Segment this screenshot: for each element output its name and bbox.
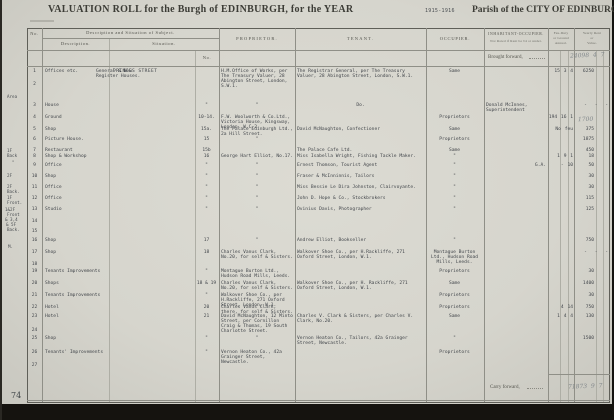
- cell-proprietor: H.M.Office of Works, per The Treasury Va…: [221, 69, 293, 89]
- cell-occupier: ": [427, 174, 482, 179]
- cell-no: 12: [28, 196, 41, 201]
- cell-occupier: Proprietors: [427, 305, 482, 310]
- page-title-year: 1915-1916: [425, 8, 455, 14]
- cell-occupier: ": [427, 336, 482, 341]
- margin-note: Back.: [7, 190, 20, 195]
- cell-no: 25: [28, 336, 41, 341]
- col-occupier: OCCUPIER.: [426, 36, 484, 41]
- cell-tenant: Andrew Elliot, Bookseller: [297, 238, 424, 243]
- cell-yearly-rent: 125: [572, 207, 594, 212]
- cell-yearly-rent: - - -: [574, 103, 608, 108]
- cell-description: Hotel: [45, 314, 107, 319]
- cell-occupier: Same: [427, 314, 482, 319]
- scan-edge-bottom: [0, 404, 614, 420]
- cell-occupier: Same: [427, 127, 482, 132]
- cell-no: 6: [28, 137, 41, 142]
- cell-no: 18: [28, 262, 41, 267]
- margin-note: Front.: [7, 201, 22, 206]
- cell-situation: 15a.: [196, 127, 217, 132]
- cell-situation: 18 & 19: [196, 281, 217, 286]
- cell-feu-duty: No feu: [546, 127, 573, 132]
- cell-occupier: ": [427, 163, 482, 168]
- cell-situation: ": [196, 163, 217, 168]
- cell-occupier: Same: [427, 148, 482, 153]
- cell-proprietor: ": [221, 163, 293, 168]
- cell-description: Office: [45, 185, 107, 190]
- cell-no: 3: [28, 103, 41, 108]
- cell-situation: ": [196, 207, 217, 212]
- col-feu-duty-3: Annual.: [548, 41, 574, 45]
- cell-situation: ": [196, 196, 217, 201]
- col-tenant: TENANT.: [295, 36, 426, 41]
- cell-description: Studio: [45, 207, 107, 212]
- print-code-smudge: [30, 20, 54, 22]
- cell-yearly-rent: 750: [572, 238, 594, 243]
- cell-situation: ": [196, 293, 217, 298]
- cell-no: 22: [28, 305, 41, 310]
- cell-no: 8: [28, 154, 41, 159]
- cell-no: 11: [28, 185, 41, 190]
- cell-yearly-rent: 130: [572, 314, 594, 319]
- cell-situation: ": [196, 174, 217, 179]
- leader-dots: [529, 54, 545, 59]
- col-description-situation: Description and Situation of Subject.: [42, 30, 219, 35]
- cell-description: Office: [45, 163, 107, 168]
- cell-yearly-rent: 30: [572, 293, 594, 298]
- cell-no: 2: [28, 82, 41, 87]
- cell-yearly-rent: 1875: [572, 137, 594, 142]
- brought-forward-label: Brought forward,: [488, 55, 523, 60]
- cell-occupier: ": [427, 238, 482, 243]
- margin-note: M.: [8, 245, 13, 250]
- col-yearly-rent-2: or: [574, 36, 610, 40]
- cell-proprietor: David McNaughton, 12 Minto Street, per C…: [221, 314, 293, 334]
- margin-note: ": [12, 161, 15, 166]
- cell-description: Tenants Improvements: [45, 293, 107, 298]
- cell-yearly-rent: 6250: [572, 69, 594, 74]
- cell-no: 24: [28, 328, 41, 333]
- cell-no: 4: [28, 115, 41, 120]
- cell-occupier: ": [427, 196, 482, 201]
- cell-yearly-rent: 750: [572, 305, 594, 310]
- cell-yearly-rent: 30: [572, 185, 594, 190]
- col-feu-duty-2: or Ground: [548, 36, 574, 40]
- cell-situation: 21: [196, 314, 217, 319]
- cell-tenant: John D. Hope & Co., Stockbrokers: [297, 196, 424, 201]
- cell-feu-duty: - 10: [546, 163, 573, 168]
- cell-situation: 18: [196, 250, 217, 255]
- col-yearly-rent-3: Value.: [574, 41, 610, 45]
- brought-forward-amount: 24098 4 7: [570, 51, 605, 59]
- cell-proprietor: Vernon Heaton Co., 42a Grainger Street, …: [221, 350, 293, 365]
- cell-yearly-rent: 30: [572, 174, 594, 179]
- table-frame: [27, 28, 610, 403]
- cell-proprietor: ": [221, 174, 293, 179]
- cell-proprietor: ": [221, 103, 293, 108]
- cell-occupier: Same: [427, 281, 482, 286]
- cell-occupier: Same: [427, 69, 482, 74]
- cell-occupier: Proprietors: [427, 115, 482, 120]
- cell-description: Restaurant: [45, 148, 107, 153]
- cell-description: Shop: [45, 127, 107, 132]
- cell-situation: ": [196, 185, 217, 190]
- cell-occupier: Montague Burton Ltd., Hudson Road Mills,…: [427, 250, 482, 265]
- cell-proprietor: ": [221, 185, 293, 190]
- cell-description: Tenants' Improvements: [45, 350, 107, 355]
- cell-proprietor: ": [221, 336, 293, 341]
- cell-tenant: Ernest Thomson, Tourist Agent: [297, 163, 424, 168]
- cell-street: PRINCES STREET: [113, 69, 157, 74]
- cell-situation: 10-14.: [196, 115, 217, 120]
- cell-yearly-rent: 30: [572, 269, 594, 274]
- cell-tenant: Walkover Shoe Co., per H.Rackliffe, 271 …: [297, 250, 424, 260]
- page-title-parish: Parish of the CITY OF EDINBURGH.: [472, 5, 614, 15]
- cell-no: 17: [28, 250, 41, 255]
- cell-no: 26: [28, 350, 41, 355]
- pencil-value: 1700: [578, 116, 594, 124]
- cell-occupier: Proprietors: [427, 350, 482, 355]
- carry-forward-label: Carry forward,: [490, 385, 520, 390]
- cell-situation: 20: [196, 305, 217, 310]
- cell-situation: ": [196, 269, 217, 274]
- cell-no: 16: [28, 238, 41, 243]
- cell-no: 23: [28, 314, 41, 319]
- cell-no: 13: [28, 207, 41, 212]
- cell-situation: 15: [196, 137, 217, 142]
- cell-occupier: Proprietors: [427, 137, 482, 142]
- cell-occupier: ": [427, 185, 482, 190]
- col-yearly-rent-1: Yearly Rent: [574, 31, 610, 35]
- cell-description: Shop: [45, 238, 107, 243]
- cell-tenant: Vernon Heaton Co., Tailors, 42a Grainger…: [297, 336, 424, 346]
- cell-description: Hotel: [45, 305, 107, 310]
- cell-inhabitant: G.A.: [486, 163, 546, 168]
- cell-yearly-rent: 18: [572, 154, 594, 159]
- cell-feu-duty: 1 4 4: [546, 314, 573, 319]
- col-feu-duty-1: Feu-Duty: [548, 31, 574, 35]
- cell-tenant: Fraser & McInninnis, Tailors: [297, 174, 424, 179]
- cell-tenant: Ovinius Davis, Photographer: [297, 207, 424, 212]
- cell-description: Picture House.: [45, 137, 107, 142]
- cell-tenant: Walkover Shoe Co., per H. Rackliffe, 271…: [297, 281, 424, 291]
- col-inhabitant-occupier: INHABITANT-OCCUPIER.: [484, 32, 548, 36]
- cell-yearly-rent: - - -: [574, 250, 608, 255]
- cell-proprietor: ": [221, 196, 293, 201]
- cell-proprietor: ": [221, 207, 293, 212]
- cell-situation: ": [196, 350, 217, 355]
- cell-occupier: Proprietors: [427, 293, 482, 298]
- cell-description: Shop & Workshop: [45, 154, 107, 159]
- cell-proprietor: George Hart Elliot, No.17.: [221, 154, 293, 159]
- cell-description: Shop: [45, 250, 107, 255]
- cell-no: 27: [28, 363, 41, 368]
- cell-no: 9: [28, 163, 41, 168]
- cell-situation: 17: [196, 238, 217, 243]
- cell-situation: 16: [196, 154, 217, 159]
- cell-description: Shop: [45, 336, 107, 341]
- paper: VALUATION ROLL for the Burgh of EDINBURG…: [2, 0, 612, 404]
- cell-situation: ": [196, 336, 217, 341]
- cell-no: 15: [28, 229, 41, 234]
- cell-no: 19: [28, 269, 41, 274]
- cell-proprietor: ": [221, 137, 293, 142]
- cell-feu-duty: 4 14: [546, 305, 573, 310]
- cell-situation: 15b: [196, 148, 217, 153]
- cell-no: 5: [28, 127, 41, 132]
- cell-occupier: ": [427, 154, 482, 159]
- cell-proprietor: Charles Vanus Clark, No.20, for self & S…: [221, 250, 293, 260]
- carry-forward-amount: 71873 9 7: [568, 382, 603, 390]
- cell-feu-duty: 1 9 1: [546, 154, 573, 159]
- margin-note: Back: [7, 154, 17, 159]
- cell-description: Tenants Improvements: [45, 269, 107, 274]
- margin-note: 2F: [7, 174, 12, 179]
- cell-description: Shop: [45, 174, 107, 179]
- cell-proprietor: The Palace Edinburgh Ltd., 2a Hill Stree…: [221, 127, 293, 137]
- cell-description: Ground: [45, 115, 107, 120]
- page-title: VALUATION ROLL for the Burgh of EDINBURG…: [48, 4, 353, 15]
- cell-tenant: Miss Isabella Wright, Fishing Tackle Mak…: [297, 154, 424, 159]
- cell-feu-duty: 194 16 1: [546, 115, 573, 120]
- cell-yearly-rent: 375: [572, 127, 594, 132]
- cell-tenant: The Palace Cafe Ltd.: [297, 148, 424, 153]
- cell-no: 21: [28, 293, 41, 298]
- cell-tenant: Do.: [297, 103, 424, 108]
- cell-no: 7: [28, 148, 41, 153]
- cell-occupier: Proprietors: [427, 269, 482, 274]
- leader-dots: [527, 384, 543, 389]
- cell-proprietor: Charles Vanus Clark, No.20, for self & S…: [221, 281, 293, 291]
- col-proprietor: PROPRIETOR.: [219, 36, 295, 41]
- col-inhabitant-note: Not Rated if Rent be £4 or under.: [484, 39, 548, 43]
- cell-occupier: ": [427, 207, 482, 212]
- page-number: 74: [11, 391, 21, 400]
- cell-no: 10: [28, 174, 41, 179]
- col-description: Description.: [42, 41, 109, 46]
- cell-tenant: Miss Bessie Le Dira Johnston, Clairvoyan…: [297, 185, 424, 190]
- cell-proprietor: ": [221, 238, 293, 243]
- cell-yearly-rent: 1500: [572, 336, 594, 341]
- cell-tenant: David McNaughton, Confectioner: [297, 127, 424, 132]
- cell-description: Office: [45, 196, 107, 201]
- scanned-valuation-roll-page: VALUATION ROLL for the Burgh of EDINBURG…: [0, 0, 614, 420]
- cell-description: Shops: [45, 281, 107, 286]
- scan-edge-left: [0, 0, 2, 420]
- cell-situation: ": [196, 103, 217, 108]
- margin-note: Back.: [7, 228, 20, 233]
- col-situation-no: No.: [195, 55, 219, 60]
- cell-description: House: [45, 103, 107, 108]
- cell-tenant: The Registrar General, per The Treasury …: [297, 69, 424, 79]
- cell-yearly-rent: 450: [572, 148, 594, 153]
- cell-feu-duty: 15 3 4: [546, 69, 573, 74]
- cell-inhabitant: Donald McInnes, Superintendent: [486, 103, 546, 113]
- cell-no: 14: [28, 219, 41, 224]
- col-situation: Situation.: [109, 41, 219, 46]
- cell-no: 1: [28, 69, 41, 74]
- margin-note: Area: [7, 95, 17, 100]
- cell-yearly-rent: 50: [572, 163, 594, 168]
- cell-proprietor: Montague Burton Ltd., Hudson Road Mills,…: [221, 269, 293, 279]
- col-no: No.: [27, 31, 42, 36]
- cell-tenant: Charles V. Clark & Sisters, per Charles …: [297, 314, 424, 324]
- cell-yearly-rent: 1400: [572, 281, 594, 286]
- cell-yearly-rent: 115: [572, 196, 594, 201]
- cell-no: 20: [28, 281, 41, 286]
